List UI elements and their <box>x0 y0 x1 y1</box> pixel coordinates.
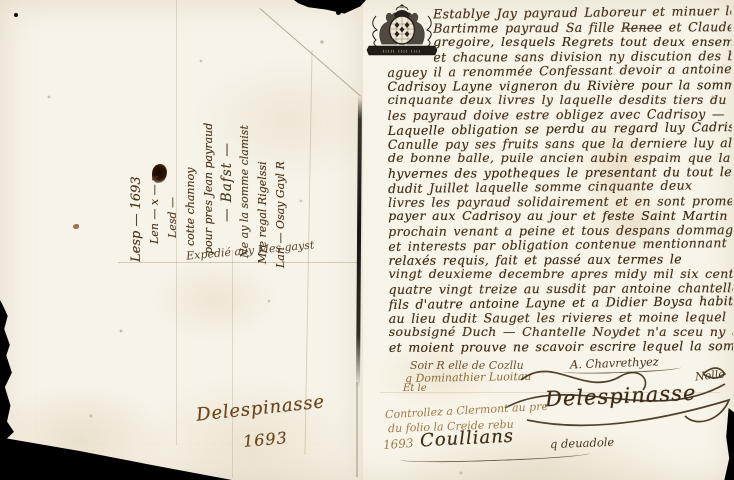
rotated-note-line: Len — x — x <box>146 100 164 244</box>
note-et-le: Et le <box>403 383 427 394</box>
rotated-note-line: pour pres Jean payraud <box>200 100 218 254</box>
page-left: Lesp — 1693 Len — x — x Lesd — cotte cha… <box>0 0 363 480</box>
paper-stain-spot <box>73 224 79 229</box>
archive-year: 1693 <box>242 428 288 451</box>
rotated-note-line: Mre regal Rigelssi <box>254 100 272 264</box>
rotated-note-line: Lesd — <box>164 100 182 238</box>
pinhole <box>336 10 341 15</box>
fold-crease-vertical-3 <box>232 250 233 478</box>
rotated-note-line: Lesp — 1693 <box>128 100 146 262</box>
manuscript-line: payer aux Cadrisoy au jour et feste Sain… <box>388 209 732 224</box>
rotated-note-line: cotte channoy <box>182 100 200 246</box>
manuscript-body: Establye Jay payraud Laboreur et minuer … <box>387 5 733 355</box>
page-right: ııııı ıııı ıııı Establye Jay payraud Lab… <box>338 0 734 480</box>
manuscript-line: vingt deuxieme decembre apres midy mil s… <box>388 267 732 282</box>
signature-coullians: Coullians <box>420 426 515 452</box>
rotated-note-line: — Bafst — <box>218 100 236 222</box>
rotated-note-line: Ne ay la somme clamist <box>236 100 254 258</box>
manuscript-line: de bonne balle, puile ancien aubin espai… <box>388 151 732 166</box>
document-scan: ııııı ıııı ıııı Establye Jay payraud Lab… <box>0 0 734 480</box>
paper-specks <box>0 0 2 2</box>
archive-name: Delespinasse <box>195 391 326 425</box>
control-note-line-3: 1693 <box>383 436 414 452</box>
signature-coullians-suffix: q deuadole <box>550 435 615 451</box>
fold-crease-diagonal <box>259 8 361 97</box>
manuscript-line: gregoire, lesquels Regrets tout deux ens… <box>387 35 731 50</box>
manuscript-line: soubsigné Duch — Chantelle Noydet n'a sc… <box>389 325 733 339</box>
ink-dot <box>14 13 18 17</box>
gutter-shadow-lower <box>356 382 358 477</box>
manuscript-line: cinquante deux livres ly laquelle desdit… <box>388 93 732 108</box>
